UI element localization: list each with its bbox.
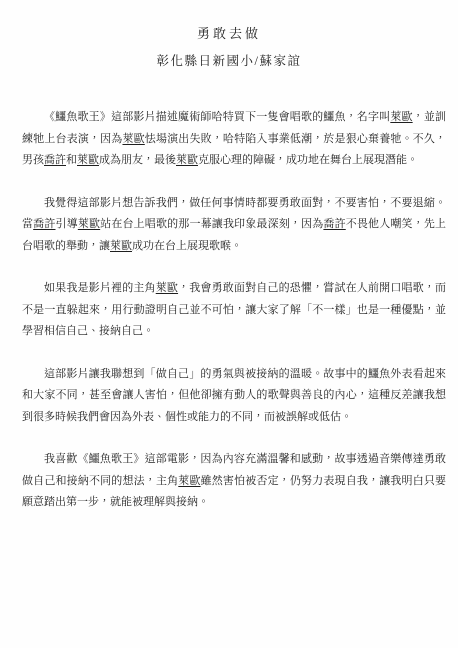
paragraph: 如果我是影片裡的主角萊歐，我會勇敢面對自己的恐懼，嘗試在人前開口唱歌，而不是一直… <box>22 278 446 343</box>
paragraph: 《鱷魚歌王》這部影片描述魔術師哈特買下一隻會唱歌的鱷魚，名字叫萊歐，並訓練牠上台… <box>22 107 446 172</box>
proper-noun-underlined: 萊歐 <box>110 240 132 252</box>
proper-noun-underlined: 喬許 <box>33 218 55 230</box>
paragraph: 我覺得這部影片想告訴我們，做任何事情時都要勇敢面對，不要害怕，不要退縮。當喬許引… <box>22 193 446 258</box>
proper-noun-underlined: 喬許 <box>44 154 66 166</box>
text-segment: 如果我是影片裡的主角 <box>44 282 156 294</box>
text-segment: 成為朋友，最後 <box>99 154 176 166</box>
text-segment: 《鱷魚歌王》這部影片描述魔術師哈特買下一隻會唱歌的鱷魚，名字叫 <box>44 111 390 123</box>
proper-noun-underlined: 萊歐 <box>77 154 99 166</box>
proper-noun-underlined: 萊歐 <box>178 475 200 487</box>
text-segment: 這部影片讓我聯想到「做自己」的勇氣與被接納的溫暖。故事中的鱷魚外表看起來和大家不… <box>22 368 446 423</box>
text-segment: 和 <box>66 154 77 166</box>
text-segment: 引導 <box>56 218 78 230</box>
proper-noun-underlined: 萊歐 <box>78 218 100 230</box>
paragraph: 這部影片讓我聯想到「做自己」的勇氣與被接納的溫暖。故事中的鱷魚外表看起來和大家不… <box>22 364 446 429</box>
document-title: 勇敢去做 <box>0 0 458 41</box>
proper-noun-underlined: 萊歐 <box>176 154 198 166</box>
proper-noun-underlined: 萊歐 <box>122 133 144 145</box>
document-body: 《鱷魚歌王》這部影片描述魔術師哈特買下一隻會唱歌的鱷魚，名字叫萊歐，並訓練牠上台… <box>0 107 458 514</box>
paragraph: 我喜歡《鱷魚歌王》這部電影，因為內容充滿溫馨和感動，故事透過音樂傳達勇敢做自己和… <box>22 449 446 514</box>
document-page: 勇敢去做 彰化縣日新國小/蘇家誼 《鱷魚歌王》這部影片描述魔術師哈特買下一隻會唱… <box>0 0 458 648</box>
proper-noun-underlined: 萊歐 <box>156 282 178 294</box>
proper-noun-underlined: 萊歐 <box>390 111 412 123</box>
document-byline: 彰化縣日新國小/蘇家誼 <box>0 54 458 69</box>
text-segment: 克服心理的障礙，成功地在舞台上展現潛能。 <box>198 154 418 166</box>
proper-noun-underlined: 喬許 <box>323 218 345 230</box>
text-segment: 成功在台上展現歌喉。 <box>132 240 242 252</box>
text-segment: 站在台上唱歌的那一幕讓我印象最深刻，因為 <box>100 218 323 230</box>
